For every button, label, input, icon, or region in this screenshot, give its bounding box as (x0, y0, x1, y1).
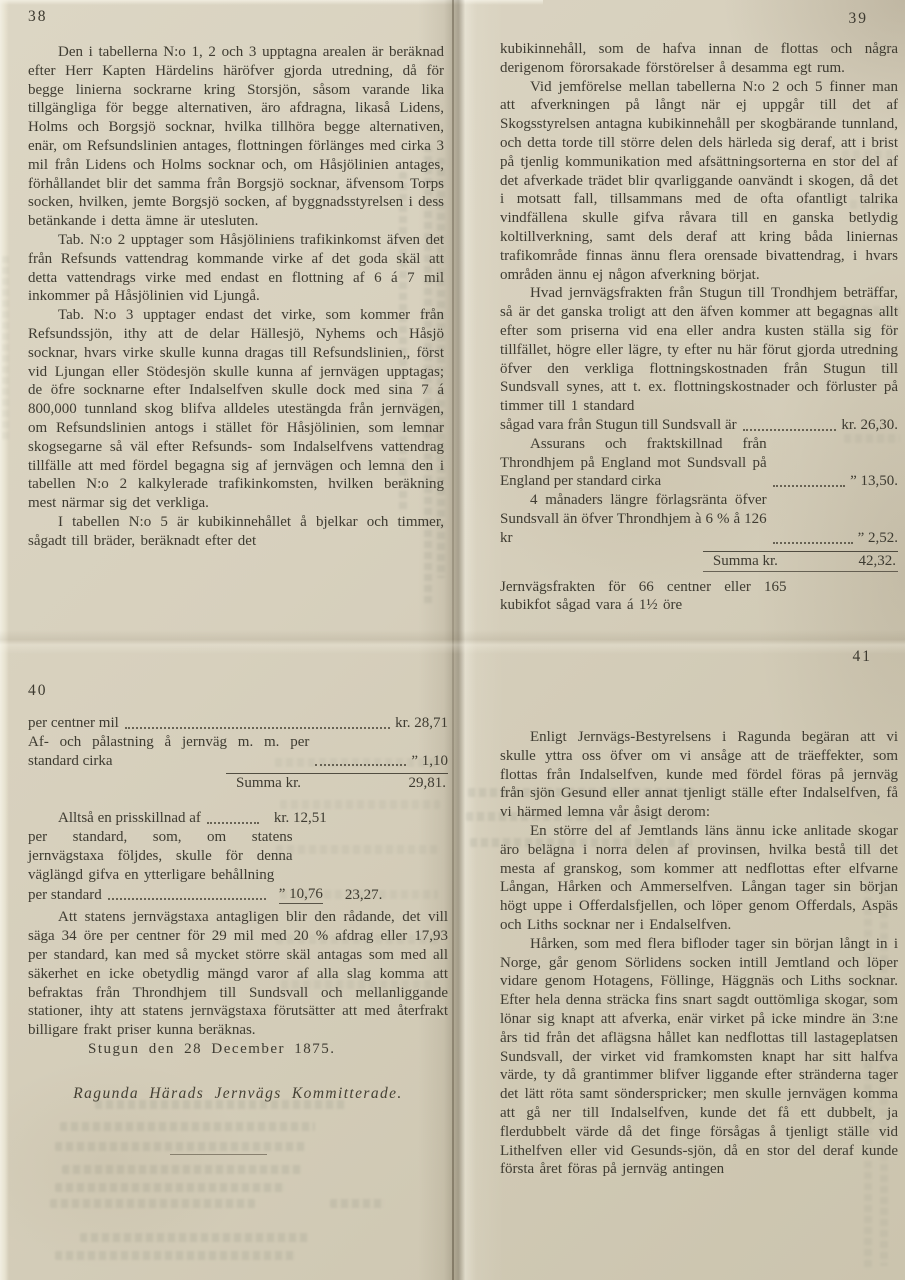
summa-label: Summa kr. (713, 553, 778, 570)
ledger-total: 23,27. (345, 886, 383, 905)
ledger-block: per centner mil kr. 28,71 Af- och pålast… (28, 714, 448, 793)
section-divider-rule (170, 1154, 267, 1155)
paragraph: I tabellen N:o 5 är kubikinnehållet å bj… (28, 513, 444, 551)
ledger-row: sågad vara från Stugun till Sundsvall är… (500, 416, 898, 435)
dotted-leader (315, 763, 406, 766)
closing-paragraph: Jernvägsfrakten för 66 centner eller 165… (500, 578, 787, 616)
dotted-leader (125, 726, 390, 729)
dotted-leader (773, 541, 853, 544)
ledger-row: Alltså en prisskillnad af kr. 12,51 (28, 809, 448, 828)
ledger-row: per standard ” 10,76 23,27. (28, 885, 448, 905)
paragraph: Jernvägsfrakten för 66 centner eller 165… (500, 578, 787, 616)
summa-amount: 42,32. (859, 553, 897, 570)
ledger-amount: ” 13,50. (850, 472, 898, 491)
page-number: 39 (500, 10, 898, 28)
ledger-amount: ” 1,10 (411, 752, 448, 771)
ledger-row: Assurans och fraktskillnad från Throndhj… (500, 435, 898, 491)
dotted-leader (108, 897, 266, 900)
page-38: 38 Den i tabellerna N:o 1, 2 och 3 uppta… (28, 8, 444, 551)
page-40: 40 per centner mil kr. 28,71 Af- och pål… (28, 682, 448, 1280)
ledger-body: per standard, som, om statens jernvägsta… (28, 828, 293, 884)
ledger-label: Af- och pålastning å jernväg m. m. per s… (28, 733, 309, 771)
paragraph: Den i tabellerna N:o 1, 2 och 3 upptagna… (28, 43, 444, 231)
ledger-amount: kr. 26,30. (841, 416, 898, 435)
bleedthrough-strip (2, 256, 9, 441)
ledger-label: Alltså en prisskillnad af (28, 809, 201, 828)
page-40-text: Att statens jernvägstaxa antagligen blir… (28, 908, 448, 1058)
ledger-label: per standard (28, 886, 102, 905)
scanned-book-spread: 38 Den i tabellerna N:o 1, 2 och 3 uppta… (0, 0, 905, 1280)
paragraph: Vid jemförelse mellan tabellerna N:o 2 o… (500, 78, 898, 285)
ledger-amount: ” 10,76 (279, 885, 323, 905)
ledger-amount: kr. 28,71 (395, 714, 448, 733)
ledger-amount: kr. 12,51 (264, 809, 327, 828)
ledger-row: 4 månaders längre förlagsränta öfver Sun… (500, 491, 898, 547)
paragraph: Enligt Jernvägs-Bestyrelsens i Ragunda b… (500, 728, 898, 822)
page-41-text: Enligt Jernvägs-Bestyrelsens i Ragunda b… (500, 728, 898, 1179)
paragraph: per standard, som, om statens jernvägsta… (28, 828, 293, 884)
summa-label: Summa kr. (236, 775, 301, 792)
paragraph: En större del af Jemtlands läns ännu ick… (500, 822, 898, 935)
ledger-block: Alltså en prisskillnad af kr. 12,51 per … (28, 809, 448, 904)
signature-line: Ragunda Härads Jernvägs Kommitterade. (28, 1085, 448, 1103)
page-39: 39 kubikinnehåll, som de hafva innan de … (500, 10, 898, 615)
paragraph: Tab. N:o 2 upptager som Håsjöliniens tra… (28, 231, 444, 306)
ledger-row: per centner mil kr. 28,71 (28, 714, 448, 733)
page-number: 41 (500, 648, 898, 666)
summa-amount: 29,81. (409, 775, 447, 792)
page-number: 40 (28, 682, 448, 700)
dotted-leader (743, 428, 837, 431)
page-41: 41 Enligt Jernvägs-Bestyrelsens i Ragund… (500, 648, 898, 1179)
ledger-label: sågad vara från Stugun till Sundsvall är (500, 416, 737, 435)
paragraph: kubikinnehåll, som de hafva innan de flo… (500, 40, 898, 78)
date-line: Stugun den 28 December 1875. (28, 1040, 448, 1059)
page-38-text: Den i tabellerna N:o 1, 2 och 3 upptagna… (28, 43, 444, 551)
dotted-leader (207, 821, 259, 824)
paragraph: Hvad jernvägsfrakten från Stugun till Tr… (500, 284, 898, 416)
ledger-amount: ” 2,52. (858, 529, 898, 548)
ledger-label: 4 månaders längre förlagsränta öfver Sun… (500, 491, 767, 547)
ledger-row: Af- och pålastning å jernväg m. m. per s… (28, 733, 448, 771)
page-39-text: kubikinnehåll, som de hafva innan de flo… (500, 40, 898, 416)
dotted-leader (773, 484, 845, 487)
paragraph: Tab. N:o 3 upptager endast det virke, so… (28, 306, 444, 513)
ledger-label: per centner mil (28, 714, 119, 733)
ledger-label: Assurans och fraktskillnad från Throndhj… (500, 435, 767, 491)
summa-row: Summa kr. 29,81. (226, 773, 448, 793)
ledger-block: sågad vara från Stugun till Sundsvall är… (500, 416, 898, 572)
page-number: 38 (28, 8, 444, 26)
summa-row: Summa kr. 42,32. (703, 551, 898, 572)
paragraph: Hårken, som med flera bifloder tager sin… (500, 935, 898, 1179)
paragraph: Att statens jernvägstaxa antagligen blir… (28, 908, 448, 1040)
